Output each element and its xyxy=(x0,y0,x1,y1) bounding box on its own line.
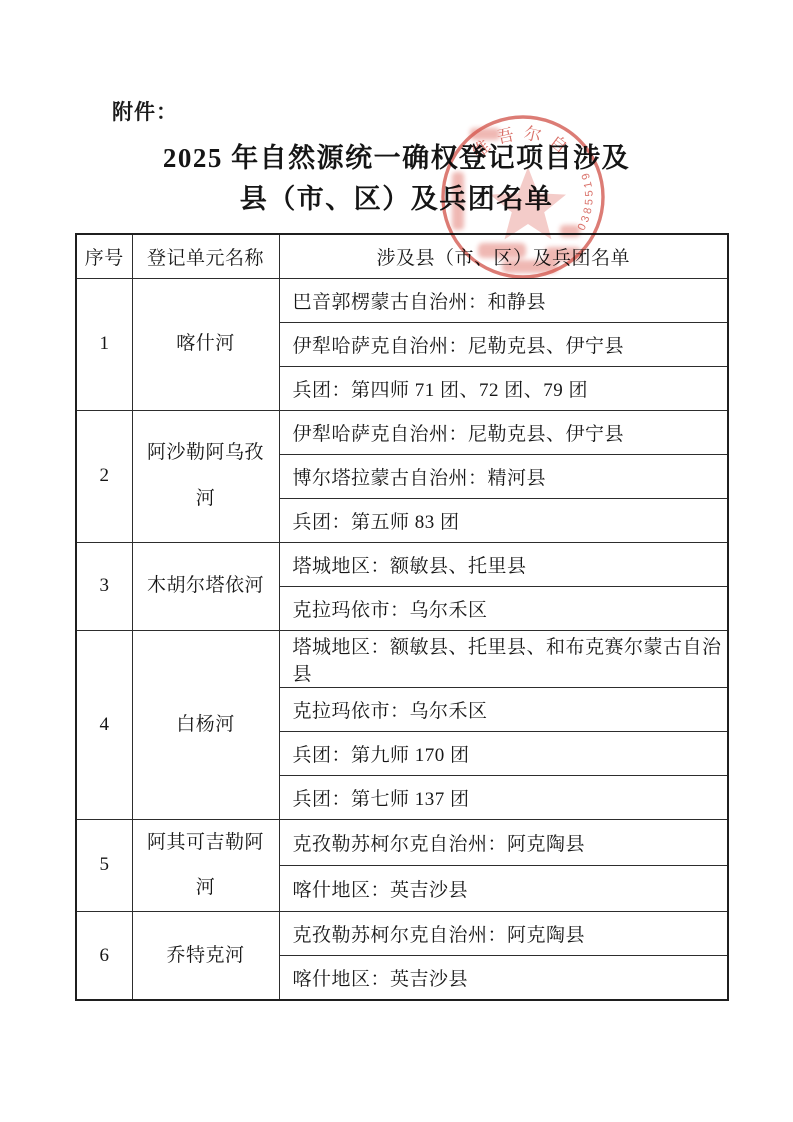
row-number-cell: 6 xyxy=(76,912,132,1000)
detail-cell: 巴音郭楞蒙古自治州：和静县 xyxy=(279,278,728,322)
header-index: 序号 xyxy=(76,234,132,278)
detail-cell: 塔城地区：额敏县、托里县 xyxy=(279,542,728,586)
row-number-cell: 3 xyxy=(76,542,132,630)
row-number-cell: 5 xyxy=(76,819,132,912)
table-row: 5 阿其可吉勒阿河 克孜勒苏柯尔克自治州：阿克陶县 xyxy=(76,819,728,865)
unit-name-cell: 乔特克河 xyxy=(132,912,279,1000)
table-row: 6 乔特克河 克孜勒苏柯尔克自治州：阿克陶县 xyxy=(76,912,728,956)
registry-table: 序号 登记单元名称 涉及县（市、区）及兵团名单 1 喀什河 巴音郭楞蒙古自治州：… xyxy=(75,233,729,1001)
detail-cell: 伊犁哈萨克自治州：尼勒克县、伊宁县 xyxy=(279,322,728,366)
unit-name-cell: 阿沙勒阿乌孜河 xyxy=(132,410,279,542)
unit-name-cell: 白杨河 xyxy=(132,630,279,819)
document-title: 2025 年自然源统一确权登记项目涉及 县（市、区）及兵团名单 xyxy=(0,138,793,220)
document-page: 附件： 2025 年自然源统一确权登记项目涉及 县（市、区）及兵团名单 维吾尔自… xyxy=(0,0,793,1122)
detail-cell: 克拉玛依市：乌尔禾区 xyxy=(279,586,728,630)
detail-cell: 喀什地区：英吉沙县 xyxy=(279,865,728,911)
table-row: 3 木胡尔塔依河 塔城地区：额敏县、托里县 xyxy=(76,542,728,586)
detail-cell: 塔城地区：额敏县、托里县、和布克赛尔蒙古自治县 xyxy=(279,630,728,687)
table-header-row: 序号 登记单元名称 涉及县（市、区）及兵团名单 xyxy=(76,234,728,278)
detail-cell: 喀什地区：英吉沙县 xyxy=(279,956,728,1000)
detail-cell: 克孜勒苏柯尔克自治州：阿克陶县 xyxy=(279,819,728,865)
header-involved-list: 涉及县（市、区）及兵团名单 xyxy=(279,234,728,278)
table-row: 4 白杨河 塔城地区：额敏县、托里县、和布克赛尔蒙古自治县 xyxy=(76,630,728,687)
detail-cell: 兵团：第七师 137 团 xyxy=(279,775,728,819)
table-row: 1 喀什河 巴音郭楞蒙古自治州：和静县 xyxy=(76,278,728,322)
detail-cell: 博尔塔拉蒙古自治州：精河县 xyxy=(279,454,728,498)
row-number-cell: 2 xyxy=(76,410,132,542)
table-row: 2 阿沙勒阿乌孜河 伊犁哈萨克自治州：尼勒克县、伊宁县 xyxy=(76,410,728,454)
row-number-cell: 1 xyxy=(76,278,132,410)
document-title-line1: 2025 年自然源统一确权登记项目涉及 xyxy=(0,138,793,179)
header-unit-name: 登记单元名称 xyxy=(132,234,279,278)
attachment-label: 附件： xyxy=(112,96,178,126)
detail-cell: 伊犁哈萨克自治州：尼勒克县、伊宁县 xyxy=(279,410,728,454)
detail-cell: 克孜勒苏柯尔克自治州：阿克陶县 xyxy=(279,912,728,956)
detail-cell: 兵团：第九师 170 团 xyxy=(279,731,728,775)
detail-cell: 兵团：第四师 71 团、72 团、79 团 xyxy=(279,366,728,410)
detail-cell: 兵团：第五师 83 团 xyxy=(279,498,728,542)
unit-name-cell: 阿其可吉勒阿河 xyxy=(132,819,279,912)
detail-cell: 克拉玛依市：乌尔禾区 xyxy=(279,687,728,731)
unit-name-cell: 木胡尔塔依河 xyxy=(132,542,279,630)
row-number-cell: 4 xyxy=(76,630,132,819)
unit-name-cell: 喀什河 xyxy=(132,278,279,410)
document-title-line2: 县（市、区）及兵团名单 xyxy=(0,179,793,220)
